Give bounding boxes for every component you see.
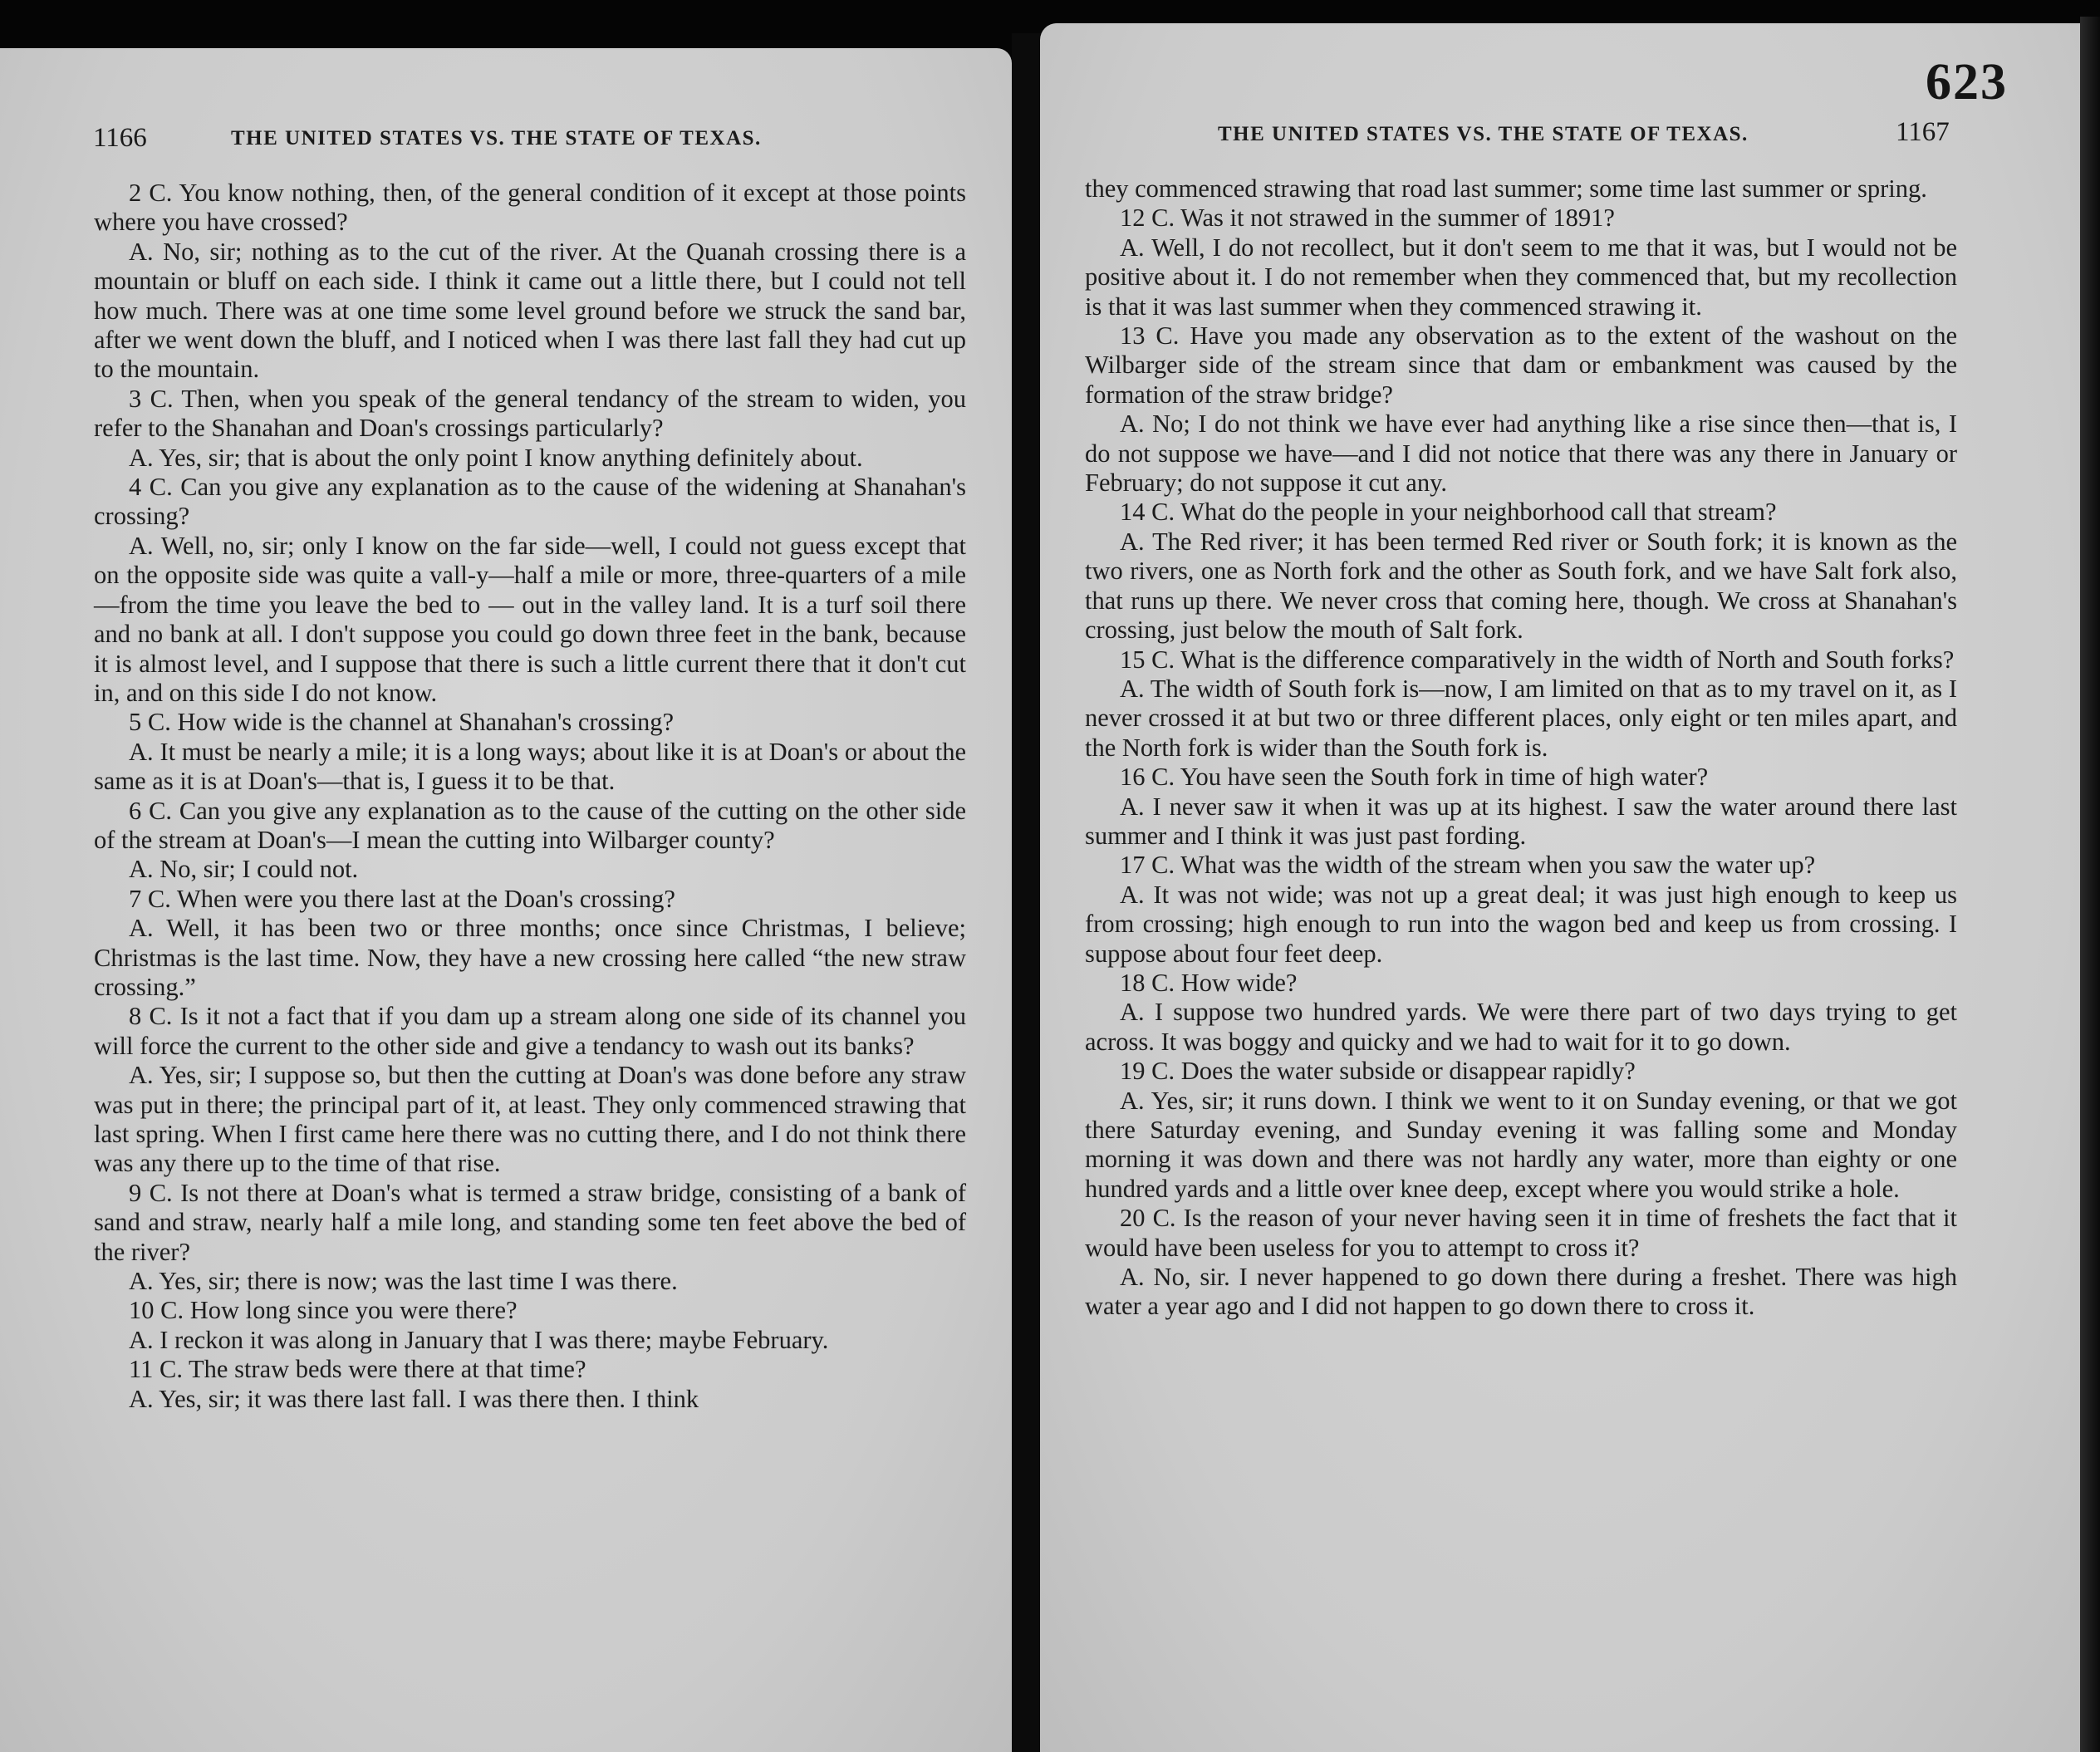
paragraph: A. It was not wide; was not up a great d… bbox=[1085, 881, 1957, 969]
paragraph: A. I reckon it was along in January that… bbox=[94, 1326, 966, 1355]
paragraph: A. The Red river; it has been termed Red… bbox=[1085, 528, 1957, 645]
paragraph: A. No, sir; I could not. bbox=[94, 855, 966, 884]
paragraph: 7 C. When were you there last at the Doa… bbox=[94, 885, 966, 914]
continuation-paragraph: they commenced strawing that road last s… bbox=[1085, 174, 1957, 204]
paragraph: 16 C. You have seen the South fork in ti… bbox=[1085, 763, 1957, 792]
paragraph: 19 C. Does the water subside or disappea… bbox=[1085, 1057, 1957, 1086]
paragraph: 15 C. What is the difference comparative… bbox=[1085, 645, 1957, 675]
paragraph: A. I never saw it when it was up at its … bbox=[1085, 793, 1957, 851]
right-page-body: they commenced strawing that road last s… bbox=[1085, 174, 1957, 1322]
paragraph: A. It must be nearly a mile; it is a lon… bbox=[94, 738, 966, 797]
paragraph: 6 C. Can you give any explanation as to … bbox=[94, 797, 966, 856]
paragraph: A. The width of South fork is—now, I am … bbox=[1085, 675, 1957, 763]
paragraph: A. Yes, sir; it runs down. I think we we… bbox=[1085, 1087, 1957, 1205]
stamp-page-number: 623 bbox=[1926, 53, 2008, 112]
paragraph: A. No, sir. I never happened to go down … bbox=[1085, 1263, 1957, 1322]
paragraph: A. No, sir; nothing as to the cut of the… bbox=[94, 238, 966, 385]
paragraph: 4 C. Can you give any explanation as to … bbox=[94, 473, 966, 532]
paragraph: A. Well, it has been two or three months… bbox=[94, 914, 966, 1002]
paragraph: A. Well, I do not recollect, but it don'… bbox=[1085, 233, 1957, 321]
left-running-title: THE UNITED STATES VS. THE STATE OF TEXAS… bbox=[231, 127, 762, 150]
paragraph: A. Well, no, sir; only I know on the far… bbox=[94, 532, 966, 708]
paragraph: 12 C. Was it not strawed in the summer o… bbox=[1085, 204, 1957, 233]
right-page-number: 1167 bbox=[1896, 117, 1950, 148]
paragraph: 2 C. You know nothing, then, of the gene… bbox=[94, 179, 966, 238]
paragraph: A. Yes, sir; it was there last fall. I w… bbox=[94, 1385, 966, 1414]
right-page-edge bbox=[2080, 17, 2100, 1752]
paragraph: A. Yes, sir; that is about the only poin… bbox=[94, 444, 966, 473]
paragraph: 3 C. Then, when you speak of the general… bbox=[94, 385, 966, 444]
left-page-body: 2 C. You know nothing, then, of the gene… bbox=[94, 179, 966, 1414]
paragraph: 20 C. Is the reason of your never having… bbox=[1085, 1204, 1957, 1263]
paragraph: A. I suppose two hundred yards. We were … bbox=[1085, 998, 1957, 1057]
paragraph: A. Yes, sir; there is now; was the last … bbox=[94, 1267, 966, 1296]
paragraph: 5 C. How wide is the channel at Shanahan… bbox=[94, 708, 966, 737]
paragraph: 9 C. Is not there at Doan's what is term… bbox=[94, 1179, 966, 1267]
paragraph: 18 C. How wide? bbox=[1085, 969, 1957, 998]
paragraph: A. No; I do not think we have ever had a… bbox=[1085, 410, 1957, 498]
paragraph: 13 C. Have you made any observation as t… bbox=[1085, 321, 1957, 410]
paragraph: 14 C. What do the people in your neighbo… bbox=[1085, 498, 1957, 527]
paragraph: A. Yes, sir; I suppose so, but then the … bbox=[94, 1061, 966, 1179]
paragraph: 17 C. What was the width of the stream w… bbox=[1085, 851, 1957, 880]
paragraph: 8 C. Is it not a fact that if you dam up… bbox=[94, 1002, 966, 1061]
paragraph: 11 C. The straw beds were there at that … bbox=[94, 1355, 966, 1384]
right-running-title: THE UNITED STATES VS. THE STATE OF TEXAS… bbox=[1218, 123, 1749, 146]
paragraph: 10 C. How long since you were there? bbox=[94, 1296, 966, 1325]
left-page-number: 1166 bbox=[93, 123, 147, 154]
book-gutter bbox=[1012, 33, 1040, 1752]
